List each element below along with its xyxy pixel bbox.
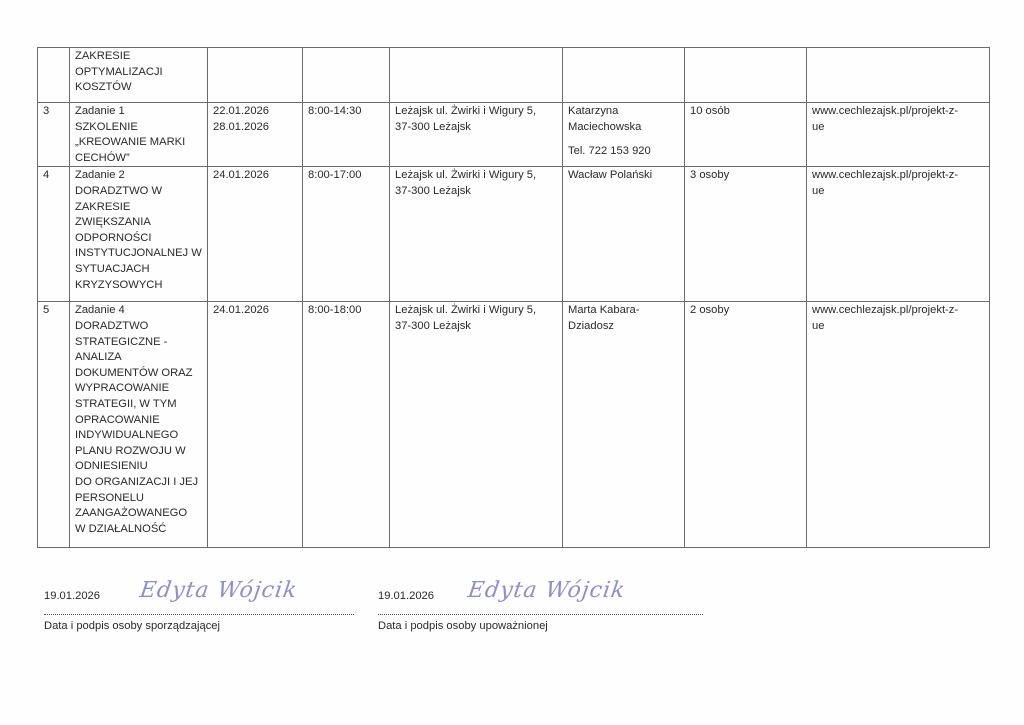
cell-time: 8:00-14:30 — [303, 103, 390, 167]
cell-task: Zadanie 4DORADZTWOSTRATEGICZNE -ANALIZAD… — [70, 302, 208, 548]
text-line: Leżajsk ul. Żwirki i Wigury 5, — [395, 303, 557, 319]
text-line: Wacław Polański — [568, 168, 679, 184]
cell-task: Zadanie 1SZKOLENIE„KREOWANIE MARKICECHÓW… — [70, 103, 208, 167]
signature-dotted-line — [378, 608, 703, 615]
cell-place: Leżajsk ul. Żwirki i Wigury 5,37-300 Leż… — [390, 103, 563, 167]
text-line: ZAKRESIE — [75, 200, 202, 216]
cell-www — [807, 48, 990, 103]
text-line: Maciechowska — [568, 120, 679, 136]
text-line: INDYWIDUALNEGO — [75, 428, 202, 444]
text-line: ue — [812, 184, 984, 200]
cell-place — [390, 48, 563, 103]
text-line: WYPRACOWANIE — [75, 381, 202, 397]
cell-time: 8:00-17:00 — [303, 167, 390, 302]
cell-count: 10 osób — [685, 103, 807, 167]
cell-date: 24.01.2026 — [208, 302, 303, 548]
cell-no: 4 — [38, 167, 70, 302]
text-line: ODPORNOŚCI — [75, 231, 202, 247]
table-row-continued: ZAKRESIEOPTYMALIZACJIKOSZTÓW — [38, 48, 990, 103]
text-line: DORADZTWO W — [75, 184, 202, 200]
table-row: 3 Zadanie 1SZKOLENIE„KREOWANIE MARKICECH… — [38, 103, 990, 167]
text-line: 28.01.2026 — [213, 120, 297, 136]
text-line: PLANU ROZWOJU W — [75, 444, 202, 460]
cell-person: Marta Kabara-Dziadosz — [563, 302, 685, 548]
text-line: www.cechlezajsk.pl/projekt-z- — [812, 303, 984, 319]
cell-time — [303, 48, 390, 103]
text-line: W DZIAŁALNOŚĆ — [75, 522, 202, 538]
signature-block-preparer: 19.01.2026 Edyta Wójcik Data i podpis os… — [44, 588, 354, 634]
text-line: SYTUACJACH — [75, 262, 202, 278]
text-line: 37-300 Leżajsk — [395, 120, 557, 136]
text-line: Marta Kabara- — [568, 303, 679, 319]
cell-person — [563, 48, 685, 103]
signature-label: Data i podpis osoby sporządzającej — [44, 618, 354, 634]
text-line: Dziadosz — [568, 319, 679, 335]
cell-task: ZAKRESIEOPTYMALIZACJIKOSZTÓW — [70, 48, 208, 103]
text-line: ue — [812, 120, 984, 136]
text-line: 37-300 Leżajsk — [395, 319, 557, 335]
person-phone: Tel. 722 153 920 — [568, 144, 679, 160]
text-line: 24.01.2026 — [213, 168, 297, 184]
text-line: STRATEGICZNE - — [75, 335, 202, 351]
cell-date: 22.01.202628.01.2026 — [208, 103, 303, 167]
cell-place: Leżajsk ul. Żwirki i Wigury 5,37-300 Leż… — [390, 302, 563, 548]
text-line: Katarzyna — [568, 104, 679, 120]
text-line: DO ORGANIZACJI I JEJ — [75, 475, 202, 491]
signature-label: Data i podpis osoby upoważnionej — [378, 618, 703, 634]
person-name: KatarzynaMaciechowska — [568, 104, 679, 135]
signature-block-authorized: 19.01.2026 Edyta Wójcik Data i podpis os… — [378, 588, 703, 634]
cell-count: 3 osoby — [685, 167, 807, 302]
text-line: STRATEGII, W TYM — [75, 397, 202, 413]
cell-date — [208, 48, 303, 103]
text-line: Zadanie 4 — [75, 303, 202, 319]
text-line: KOSZTÓW — [75, 80, 202, 96]
cell-count — [685, 48, 807, 103]
text-line: ANALIZA — [75, 350, 202, 366]
text-line: www.cechlezajsk.pl/projekt-z- — [812, 168, 984, 184]
text-line: DORADZTWO — [75, 319, 202, 335]
text-line: SZKOLENIE — [75, 120, 202, 136]
text-line: Zadanie 1 — [75, 104, 202, 120]
cell-time: 8:00-18:00 — [303, 302, 390, 548]
cell-www: www.cechlezajsk.pl/projekt-z-ue — [807, 103, 990, 167]
text-line: Leżajsk ul. Żwirki i Wigury 5, — [395, 104, 557, 120]
table-row: 4 Zadanie 2DORADZTWO WZAKRESIEZWIĘKSZANI… — [38, 167, 990, 302]
text-line: ZAANGAŻOWANEGO — [75, 506, 202, 522]
text-line: ZAKRESIE — [75, 49, 202, 65]
cell-count: 2 osoby — [685, 302, 807, 548]
text-line: „KREOWANIE MARKI — [75, 135, 202, 151]
table-row: 5 Zadanie 4DORADZTWOSTRATEGICZNE -ANALIZ… — [38, 302, 990, 548]
text-line: DOKUMENTÓW ORAZ — [75, 366, 202, 382]
text-line: OPTYMALIZACJI — [75, 65, 202, 81]
cell-place: Leżajsk ul. Żwirki i Wigury 5,37-300 Leż… — [390, 167, 563, 302]
cell-date: 24.01.2026 — [208, 167, 303, 302]
handwritten-signature: Edyta Wójcik — [466, 578, 627, 603]
cell-no: 3 — [38, 103, 70, 167]
cell-person: Wacław Polański — [563, 167, 685, 302]
cell-www: www.cechlezajsk.pl/projekt-z-ue — [807, 302, 990, 548]
text-line: INSTYTUCJONALNEJ W — [75, 246, 202, 262]
text-line: 22.01.2026 — [213, 104, 297, 120]
cell-no — [38, 48, 70, 103]
text-line: OPRACOWANIE — [75, 413, 202, 429]
text-line: PERSONELU — [75, 491, 202, 507]
text-line: KRYZYSOWYCH — [75, 278, 202, 294]
text-line: Zadanie 2 — [75, 168, 202, 184]
text-line: ZWIĘKSZANIA — [75, 215, 202, 231]
text-line: 37-300 Leżajsk — [395, 184, 557, 200]
text-line: Leżajsk ul. Żwirki i Wigury 5, — [395, 168, 557, 184]
handwritten-signature: Edyta Wójcik — [138, 578, 299, 603]
cell-no: 5 — [38, 302, 70, 548]
text-line: 24.01.2026 — [213, 303, 297, 319]
document-page: ZAKRESIEOPTYMALIZACJIKOSZTÓW 3 Zadanie 1… — [0, 0, 1024, 725]
text-line: www.cechlezajsk.pl/projekt-z- — [812, 104, 984, 120]
cell-task: Zadanie 2DORADZTWO WZAKRESIEZWIĘKSZANIAO… — [70, 167, 208, 302]
text-line: CECHÓW” — [75, 151, 202, 167]
text-line: ODNIESIENIU — [75, 459, 202, 475]
text-line: ue — [812, 319, 984, 335]
schedule-table: ZAKRESIEOPTYMALIZACJIKOSZTÓW 3 Zadanie 1… — [37, 47, 990, 548]
signature-dotted-line — [44, 608, 354, 615]
cell-person: KatarzynaMaciechowska Tel. 722 153 920 — [563, 103, 685, 167]
cell-www: www.cechlezajsk.pl/projekt-z-ue — [807, 167, 990, 302]
